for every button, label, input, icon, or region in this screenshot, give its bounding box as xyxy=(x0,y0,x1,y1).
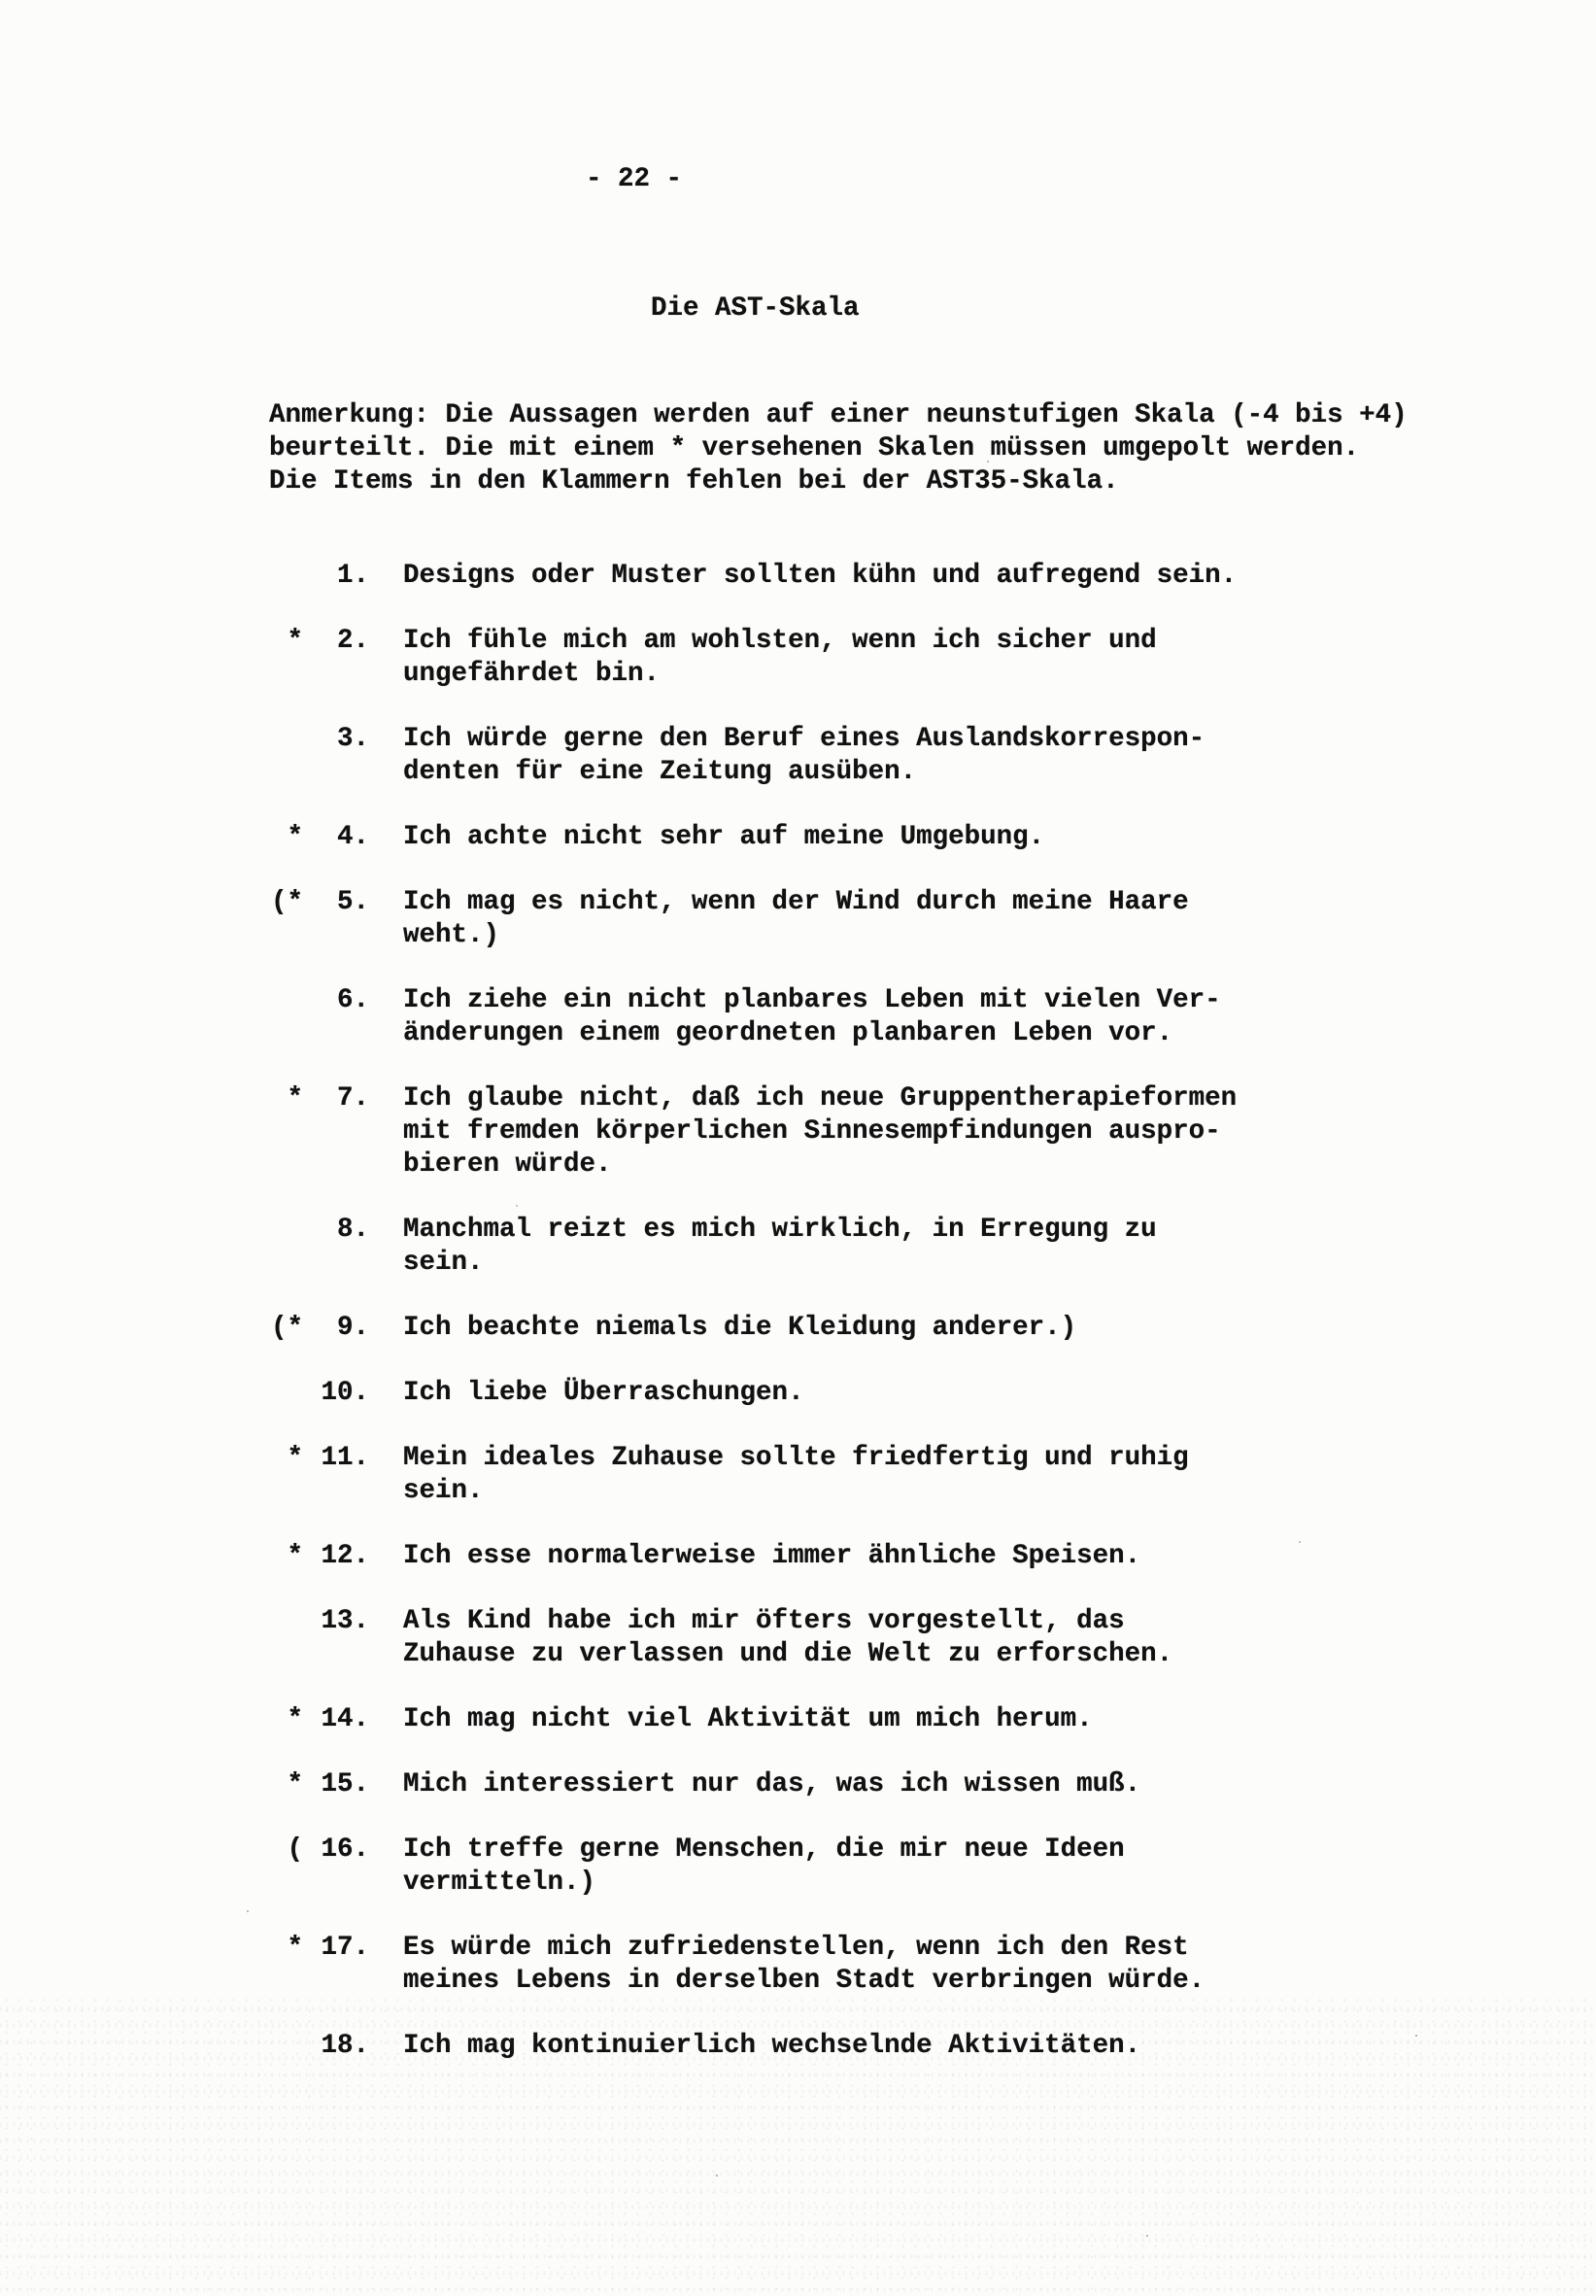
note-paragraph: Anmerkung: Die Aussagen werden auf einer… xyxy=(269,399,1408,498)
item-text-line: sein. xyxy=(403,1475,1596,1508)
note-line: Anmerkung: Die Aussagen werden auf einer… xyxy=(269,399,1408,432)
item-text: Ich ziehe ein nicht planbares Leben mit … xyxy=(369,984,1596,1050)
item-text-line: Ich treffe gerne Menschen, die mir neue … xyxy=(403,1833,1596,1867)
item-marker xyxy=(257,2030,303,2063)
item-text: Ich fühle mich am wohlsten, wenn ich sic… xyxy=(369,625,1596,691)
item-text-line: mit fremden körperlichen Sinnesempfindun… xyxy=(403,1115,1596,1148)
item-marker xyxy=(257,1605,303,1671)
item-text: Es würde mich zufriedenstellen, wenn ich… xyxy=(369,1932,1596,1998)
item-text-line: Ich esse normalerweise immer ähnliche Sp… xyxy=(403,1540,1596,1573)
note-line: Die Items in den Klammern fehlen bei der… xyxy=(269,465,1408,498)
item-text-line: Als Kind habe ich mir öfters vorgestellt… xyxy=(403,1605,1596,1638)
item-number: 10. xyxy=(303,1377,369,1410)
item-text: Manchmal reizt es mich wirklich, in Erre… xyxy=(369,1214,1596,1280)
item-text-line: Ich mag kontinuierlich wechselnde Aktivi… xyxy=(403,2030,1596,2063)
item-row: 13. Als Kind habe ich mir öfters vorgest… xyxy=(257,1605,1596,1671)
item-text-line: Ich ziehe ein nicht planbares Leben mit … xyxy=(403,984,1596,1017)
item-row: 10. Ich liebe Überraschungen. xyxy=(257,1377,1596,1410)
item-text-line: änderungen einem geordneten planbaren Le… xyxy=(403,1017,1596,1050)
item-number: 14. xyxy=(303,1703,369,1736)
item-marker: (* xyxy=(257,886,303,952)
item-text: Ich liebe Überraschungen. xyxy=(369,1377,1596,1410)
page-number: - 22 - xyxy=(586,163,682,196)
item-row: 8. Manchmal reizt es mich wirklich, in E… xyxy=(257,1214,1596,1280)
item-row: 6. Ich ziehe ein nicht planbares Leben m… xyxy=(257,984,1596,1050)
item-marker: * xyxy=(257,625,303,691)
item-text: Ich achte nicht sehr auf meine Umgebung. xyxy=(369,821,1596,854)
item-text-line: Ich glaube nicht, daß ich neue Gruppenth… xyxy=(403,1082,1596,1115)
item-text: Ich mag nicht viel Aktivität um mich her… xyxy=(369,1703,1596,1736)
item-text: Ich mag kontinuierlich wechselnde Aktivi… xyxy=(369,2030,1596,2063)
item-marker: ( xyxy=(257,1833,303,1900)
item-text-line: denten für eine Zeitung ausüben. xyxy=(403,756,1596,789)
item-marker xyxy=(257,1377,303,1410)
item-text-line: vermitteln.) xyxy=(403,1867,1596,1900)
item-text: Ich mag es nicht, wenn der Wind durch me… xyxy=(369,886,1596,952)
item-text-line: Designs oder Muster sollten kühn und auf… xyxy=(403,560,1596,593)
item-marker: * xyxy=(257,1932,303,1998)
item-number: 18. xyxy=(303,2030,369,2063)
item-number: 1. xyxy=(303,560,369,593)
item-text: Ich esse normalerweise immer ähnliche Sp… xyxy=(369,1540,1596,1573)
item-text: Als Kind habe ich mir öfters vorgestellt… xyxy=(369,1605,1596,1671)
item-row: 1. Designs oder Muster sollten kühn und … xyxy=(257,560,1596,593)
item-row: * 17. Es würde mich zufriedenstellen, we… xyxy=(257,1932,1596,1998)
item-marker: * xyxy=(257,1442,303,1508)
item-number: 2. xyxy=(303,625,369,691)
item-marker xyxy=(257,560,303,593)
item-number: 11. xyxy=(303,1442,369,1508)
item-text-line: bieren würde. xyxy=(403,1148,1596,1182)
scanned-document-page: - 22 - Die AST-Skala Anmerkung: Die Auss… xyxy=(0,0,1596,2296)
item-marker: * xyxy=(257,1768,303,1801)
item-row: * 12. Ich esse normalerweise immer ähnli… xyxy=(257,1540,1596,1573)
item-row: 3. Ich würde gerne den Beruf eines Ausla… xyxy=(257,723,1596,789)
item-text: Ich treffe gerne Menschen, die mir neue … xyxy=(369,1833,1596,1900)
item-text: Mich interessiert nur das, was ich wisse… xyxy=(369,1768,1596,1801)
item-text-line: Ich beachte niemals die Kleidung anderer… xyxy=(403,1312,1596,1345)
item-number: 9. xyxy=(303,1312,369,1345)
item-row: * 15. Mich interessiert nur das, was ich… xyxy=(257,1768,1596,1801)
item-number: 3. xyxy=(303,723,369,789)
item-text-line: Ich achte nicht sehr auf meine Umgebung. xyxy=(403,821,1596,854)
item-marker: * xyxy=(257,1703,303,1736)
item-row: ( 16. Ich treffe gerne Menschen, die mir… xyxy=(257,1833,1596,1900)
item-text-line: Ich mag nicht viel Aktivität um mich her… xyxy=(403,1703,1596,1736)
item-text-line: Ich würde gerne den Beruf eines Auslands… xyxy=(403,723,1596,756)
item-number: 5. xyxy=(303,886,369,952)
item-text-line: meines Lebens in derselben Stadt verbrin… xyxy=(403,1965,1596,1998)
item-text-line: Es würde mich zufriedenstellen, wenn ich… xyxy=(403,1932,1596,1965)
item-text-line: Ich mag es nicht, wenn der Wind durch me… xyxy=(403,886,1596,919)
item-number: 17. xyxy=(303,1932,369,1998)
item-row: * 7. Ich glaube nicht, daß ich neue Grup… xyxy=(257,1082,1596,1182)
item-number: 6. xyxy=(303,984,369,1050)
item-number: 7. xyxy=(303,1082,369,1182)
item-text-line: ungefährdet bin. xyxy=(403,658,1596,691)
item-text-line: Mich interessiert nur das, was ich wisse… xyxy=(403,1768,1596,1801)
item-text-line: Ich liebe Überraschungen. xyxy=(403,1377,1596,1410)
item-text-line: Zuhause zu verlassen und die Welt zu erf… xyxy=(403,1638,1596,1671)
item-marker xyxy=(257,1214,303,1280)
item-marker: (* xyxy=(257,1312,303,1345)
item-number: 13. xyxy=(303,1605,369,1671)
item-row: (* 5. Ich mag es nicht, wenn der Wind du… xyxy=(257,886,1596,952)
item-text-line: Ich fühle mich am wohlsten, wenn ich sic… xyxy=(403,625,1596,658)
item-text: Mein ideales Zuhause sollte friedfertig … xyxy=(369,1442,1596,1508)
item-row: 18. Ich mag kontinuierlich wechselnde Ak… xyxy=(257,2030,1596,2063)
item-text: Ich glaube nicht, daß ich neue Gruppenth… xyxy=(369,1082,1596,1182)
item-row: * 2. Ich fühle mich am wohlsten, wenn ic… xyxy=(257,625,1596,691)
item-row: * 4. Ich achte nicht sehr auf meine Umge… xyxy=(257,821,1596,854)
item-text: Ich beachte niemals die Kleidung anderer… xyxy=(369,1312,1596,1345)
scan-speckles xyxy=(0,0,2,2)
item-text-line: Manchmal reizt es mich wirklich, in Erre… xyxy=(403,1214,1596,1247)
item-marker xyxy=(257,984,303,1050)
note-line: beurteilt. Die mit einem * versehenen Sk… xyxy=(269,432,1408,465)
item-text: Ich würde gerne den Beruf eines Auslands… xyxy=(369,723,1596,789)
item-number: 15. xyxy=(303,1768,369,1801)
item-text-line: Mein ideales Zuhause sollte friedfertig … xyxy=(403,1442,1596,1475)
item-number: 16. xyxy=(303,1833,369,1900)
item-text: Designs oder Muster sollten kühn und auf… xyxy=(369,560,1596,593)
item-list: 1. Designs oder Muster sollten kühn und … xyxy=(0,560,1596,2095)
item-number: 8. xyxy=(303,1214,369,1280)
item-text-line: sein. xyxy=(403,1247,1596,1280)
item-number: 12. xyxy=(303,1540,369,1573)
item-text-line: weht.) xyxy=(403,919,1596,952)
page-title: Die AST-Skala xyxy=(651,292,860,326)
item-row: * 11. Mein ideales Zuhause sollte friedf… xyxy=(257,1442,1596,1508)
item-row: (* 9. Ich beachte niemals die Kleidung a… xyxy=(257,1312,1596,1345)
item-number: 4. xyxy=(303,821,369,854)
item-marker: * xyxy=(257,821,303,854)
item-marker: * xyxy=(257,1540,303,1573)
item-marker xyxy=(257,723,303,789)
item-marker: * xyxy=(257,1082,303,1182)
item-row: * 14. Ich mag nicht viel Aktivität um mi… xyxy=(257,1703,1596,1736)
